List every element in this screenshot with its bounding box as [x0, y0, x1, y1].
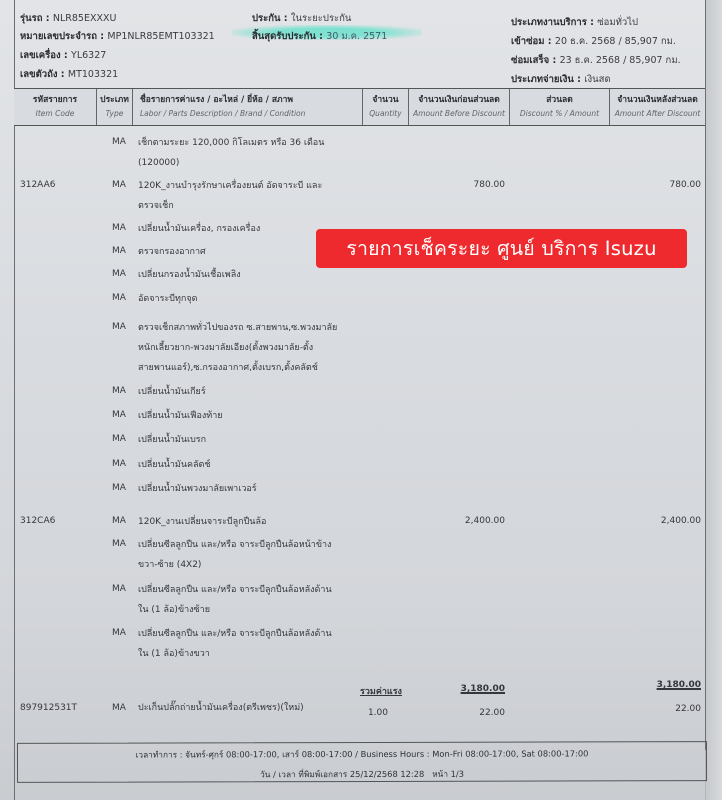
row-type: MA [112, 539, 126, 549]
vehicle-chassis-value: MT103321 [68, 69, 118, 80]
part-code: 897912531T [20, 703, 77, 713]
vehicle-engine-label: เลขเครื่อง [20, 50, 61, 61]
column-amount-before: จำนวนเงินก่อนส่วนลด Amount Before Discou… [409, 89, 510, 125]
column-type: ประเภท Type [97, 89, 133, 125]
row-description: เปลี่ยนน้ำมันเกียร์ [138, 382, 206, 402]
print-info: วัน / เวลา ที่พิมพ์เอกสาร 25/12/2568 12:… [18, 766, 706, 782]
row-description: ตรวจกรองอากาศ [138, 242, 206, 262]
row-description-line: ตรวจกรองอากาศ [138, 242, 206, 262]
service-payment-label: ประเภทจ่ายเงิน [511, 74, 574, 85]
warranty-expiry-value: 30 ม.ค. 2571 [326, 31, 387, 42]
row-description: อัดจาระบีทุกจุด [138, 289, 197, 309]
table-right-border [705, 0, 706, 750]
part-amount-before: 22.00 [479, 708, 505, 718]
service-payment-value: เงินสด [584, 74, 610, 85]
row-type: MA [112, 516, 126, 526]
labor-total-before: 3,180.00 [461, 684, 505, 694]
row-description-line: เปลี่ยนกรองน้ำมันเชื้อเพลิง [138, 265, 241, 285]
column-amount-after: จำนวนเงินหลังส่วนลด Amount After Discoun… [610, 89, 705, 125]
column-quantity: จำนวน Quantity [363, 89, 409, 125]
row-description-line: เปลี่ยนซีลลูกปืน และ/หรือ จาระบีลูกปืนล้… [138, 624, 332, 644]
vehicle-vin: หมายเลขประจำรถ : MP1NLR85EMT103321 [20, 29, 215, 44]
row-description-line: ใน (1 ล้อ)ข้างซ้าย [138, 600, 332, 620]
service-completed: ซ่อมเสร็จ : 23 ธ.ค. 2568 / 85,907 กม. [511, 53, 681, 68]
vehicle-model-label: รุ่นรถ [20, 13, 42, 24]
row-type: MA [112, 137, 126, 147]
row-description-line: (120000) [138, 153, 324, 173]
vehicle-engine-value: YL6327 [71, 50, 106, 61]
row-amount-after: 780.00 [670, 180, 702, 190]
row-item-code: 312CA6 [20, 516, 55, 526]
row-amount-before: 2,400.00 [465, 516, 505, 526]
row-description: 120K_งานบำรุงรักษาเครื่องยนต์ อัดจาระบี … [138, 176, 322, 216]
promo-banner: รายการเช็คระยะ ศูนย์ บริการ Isuzu [316, 229, 687, 268]
service-check-in: เข้าซ่อม : 20 ธ.ค. 2568 / 85,907 กม. [511, 34, 676, 49]
vehicle-vin-value: MP1NLR85EMT103321 [107, 31, 214, 42]
row-description-line: เปลี่ยนน้ำมันคลัตช์ [138, 455, 211, 475]
row-description: เปลี่ยนซีลลูกปืน และ/หรือ จาระบีลูกปืนล้… [138, 535, 331, 575]
service-completed-value: 23 ธ.ค. 2568 / 85,907 กม. [560, 55, 681, 66]
service-type-label: ประเภทงานบริการ [511, 17, 587, 28]
row-type: MA [112, 180, 126, 190]
row-type: MA [112, 322, 126, 332]
row-description: เปลี่ยนซีลลูกปืน และ/หรือ จาระบีลูกปืนล้… [138, 580, 332, 620]
table-header: รหัสรายการ Item Code ประเภท Type ชื่อราย… [14, 88, 705, 126]
service-type-value: ซ่อมทั่วไป [597, 17, 638, 28]
row-description-line: อัดจาระบีทุกจุด [138, 289, 197, 309]
warranty-expiry: สิ้นสุดรับประกัน : 30 ม.ค. 2571 [252, 29, 387, 44]
row-type: MA [112, 386, 126, 396]
row-type: MA [112, 628, 126, 638]
row-type: MA [112, 459, 126, 469]
warranty-status: ประกัน : ในระยะประกัน [252, 11, 351, 26]
paper-edge [705, 0, 722, 800]
row-description: เปลี่ยนน้ำมันพวงมาลัยเพาเวอร์ [138, 479, 257, 499]
row-description: เปลี่ยนกรองน้ำมันเชื้อเพลิง [138, 265, 241, 285]
row-description: เปลี่ยนน้ำมันคลัตช์ [138, 455, 211, 475]
row-description-line: เปลี่ยนน้ำมันเกียร์ [138, 382, 206, 402]
row-description-line: เช็กตามระยะ 120,000 กิโลเมตร หรือ 36 เดื… [138, 133, 324, 153]
warranty-expiry-label: สิ้นสุดรับประกัน [252, 31, 316, 42]
row-amount-after: 2,400.00 [661, 516, 701, 526]
warranty-status-value: ในระยะประกัน [291, 13, 352, 24]
labor-total-after: 3,180.00 [657, 680, 701, 690]
row-description: ตรวจเช็กสภาพทั่วไปของรถ ซ.สายพาน,ซ.พวงมา… [138, 318, 337, 378]
row-type: MA [112, 584, 126, 594]
page-number: 1/3 [451, 769, 464, 779]
row-description-line: ขวา-ซ้าย (4X2) [138, 555, 331, 575]
part-type: MA [112, 703, 126, 713]
page-label: หน้า [432, 769, 448, 779]
vehicle-chassis-label: เลขตัวถัง [20, 69, 57, 80]
service-check-in-label: เข้าซ่อม [511, 36, 545, 47]
labor-total-label: รวมค่าแรง [360, 684, 402, 698]
row-type: MA [112, 434, 126, 444]
row-item-code: 312AA6 [20, 180, 55, 190]
column-discount: ส่วนลด Discount % / Amount [510, 89, 610, 125]
warranty-status-label: ประกัน [252, 13, 280, 24]
row-description-line: เปลี่ยนน้ำมันเบรก [138, 430, 206, 450]
vehicle-vin-label: หมายเลขประจำรถ [20, 31, 97, 42]
row-description: 120K_งานเปลี่ยนจาระบีลูกปืนล้อ [138, 512, 266, 532]
row-description-line: 120K_งานบำรุงรักษาเครื่องยนต์ อัดจาระบี … [138, 176, 322, 196]
row-description-line: ใน (1 ล้อ)ข้างขวา [138, 644, 332, 664]
column-description: ชื่อรายการค่าแรง / อะไหล่ / ยี่ห้อ / สภา… [133, 89, 363, 125]
row-description-line: เปลี่ยนซีลลูกปืน และ/หรือ จาระบีลูกปืนล้… [138, 535, 331, 555]
row-description-line: สายพานแอร์),ซ.กรองอากาศ,ตั้งเบรก,ตั้งคลั… [138, 358, 337, 378]
row-description-line: เปลี่ยนน้ำมันพวงมาลัยเพาเวอร์ [138, 479, 257, 499]
print-date-label: วัน / เวลา ที่พิมพ์เอกสาร [260, 769, 347, 779]
row-type: MA [112, 269, 126, 279]
service-type: ประเภทงานบริการ : ซ่อมทั่วไป [511, 15, 638, 30]
row-description-line: เปลี่ยนน้ำมันเครื่อง, กรองเครื่อง [138, 219, 260, 239]
row-description-line: 120K_งานเปลี่ยนจาระบีลูกปืนล้อ [138, 512, 266, 532]
print-date-value: 25/12/2568 12:28 [350, 769, 424, 779]
vehicle-model-value: NLR85EXXXU [53, 13, 117, 24]
row-description-line: ตรวจเช็ก [138, 196, 322, 216]
part-amount-after: 22.00 [675, 704, 701, 714]
service-payment: ประเภทจ่ายเงิน : เงินสด [511, 72, 611, 87]
vehicle-engine: เลขเครื่อง : YL6327 [20, 48, 106, 63]
part-description: ปะเก็นปลั๊กถ่ายน้ำมันเครื่อง(ตรีเพชร)(ให… [138, 698, 304, 718]
row-description: เปลี่ยนน้ำมันเบรก [138, 430, 206, 450]
row-description: เปลี่ยนซีลลูกปืน และ/หรือ จาระบีลูกปืนล้… [138, 624, 332, 664]
footer-box: เวลาทำการ : จันทร์-ศุกร์ 08:00-17:00, เส… [17, 741, 707, 783]
row-amount-before: 780.00 [474, 180, 506, 190]
part-quantity: 1.00 [368, 708, 388, 718]
vehicle-chassis: เลขตัวถัง : MT103321 [20, 67, 118, 82]
row-description: เปลี่ยนน้ำมันเฟืองท้าย [138, 406, 223, 426]
business-hours: เวลาทำการ : จันทร์-ศุกร์ 08:00-17:00, เส… [18, 746, 706, 762]
service-completed-label: ซ่อมเสร็จ [511, 55, 549, 66]
row-type: MA [112, 483, 126, 493]
row-description: เปลี่ยนน้ำมันเครื่อง, กรองเครื่อง [138, 219, 260, 239]
service-invoice-page: รุ่นรถ : NLR85EXXXU หมายเลขประจำรถ : MP1… [0, 0, 722, 800]
row-type: MA [112, 410, 126, 420]
row-description-line: เปลี่ยนซีลลูกปืน และ/หรือ จาระบีลูกปืนล้… [138, 580, 332, 600]
service-check-in-value: 20 ธ.ค. 2568 / 85,907 กม. [555, 36, 676, 47]
row-description-line: เปลี่ยนน้ำมันเฟืองท้าย [138, 406, 223, 426]
row-description-line: หนักเลี้ยวยาก-พวงมาลัยเอียง(ตั้งพวงมาลัย… [138, 338, 337, 358]
row-description: เช็กตามระยะ 120,000 กิโลเมตร หรือ 36 เดื… [138, 133, 324, 173]
row-description-line: ตรวจเช็กสภาพทั่วไปของรถ ซ.สายพาน,ซ.พวงมา… [138, 318, 337, 338]
row-type: MA [112, 246, 126, 256]
column-item-code: รหัสรายการ Item Code [14, 89, 97, 125]
row-type: MA [112, 293, 126, 303]
row-type: MA [112, 223, 126, 233]
vehicle-model: รุ่นรถ : NLR85EXXXU [20, 11, 116, 26]
